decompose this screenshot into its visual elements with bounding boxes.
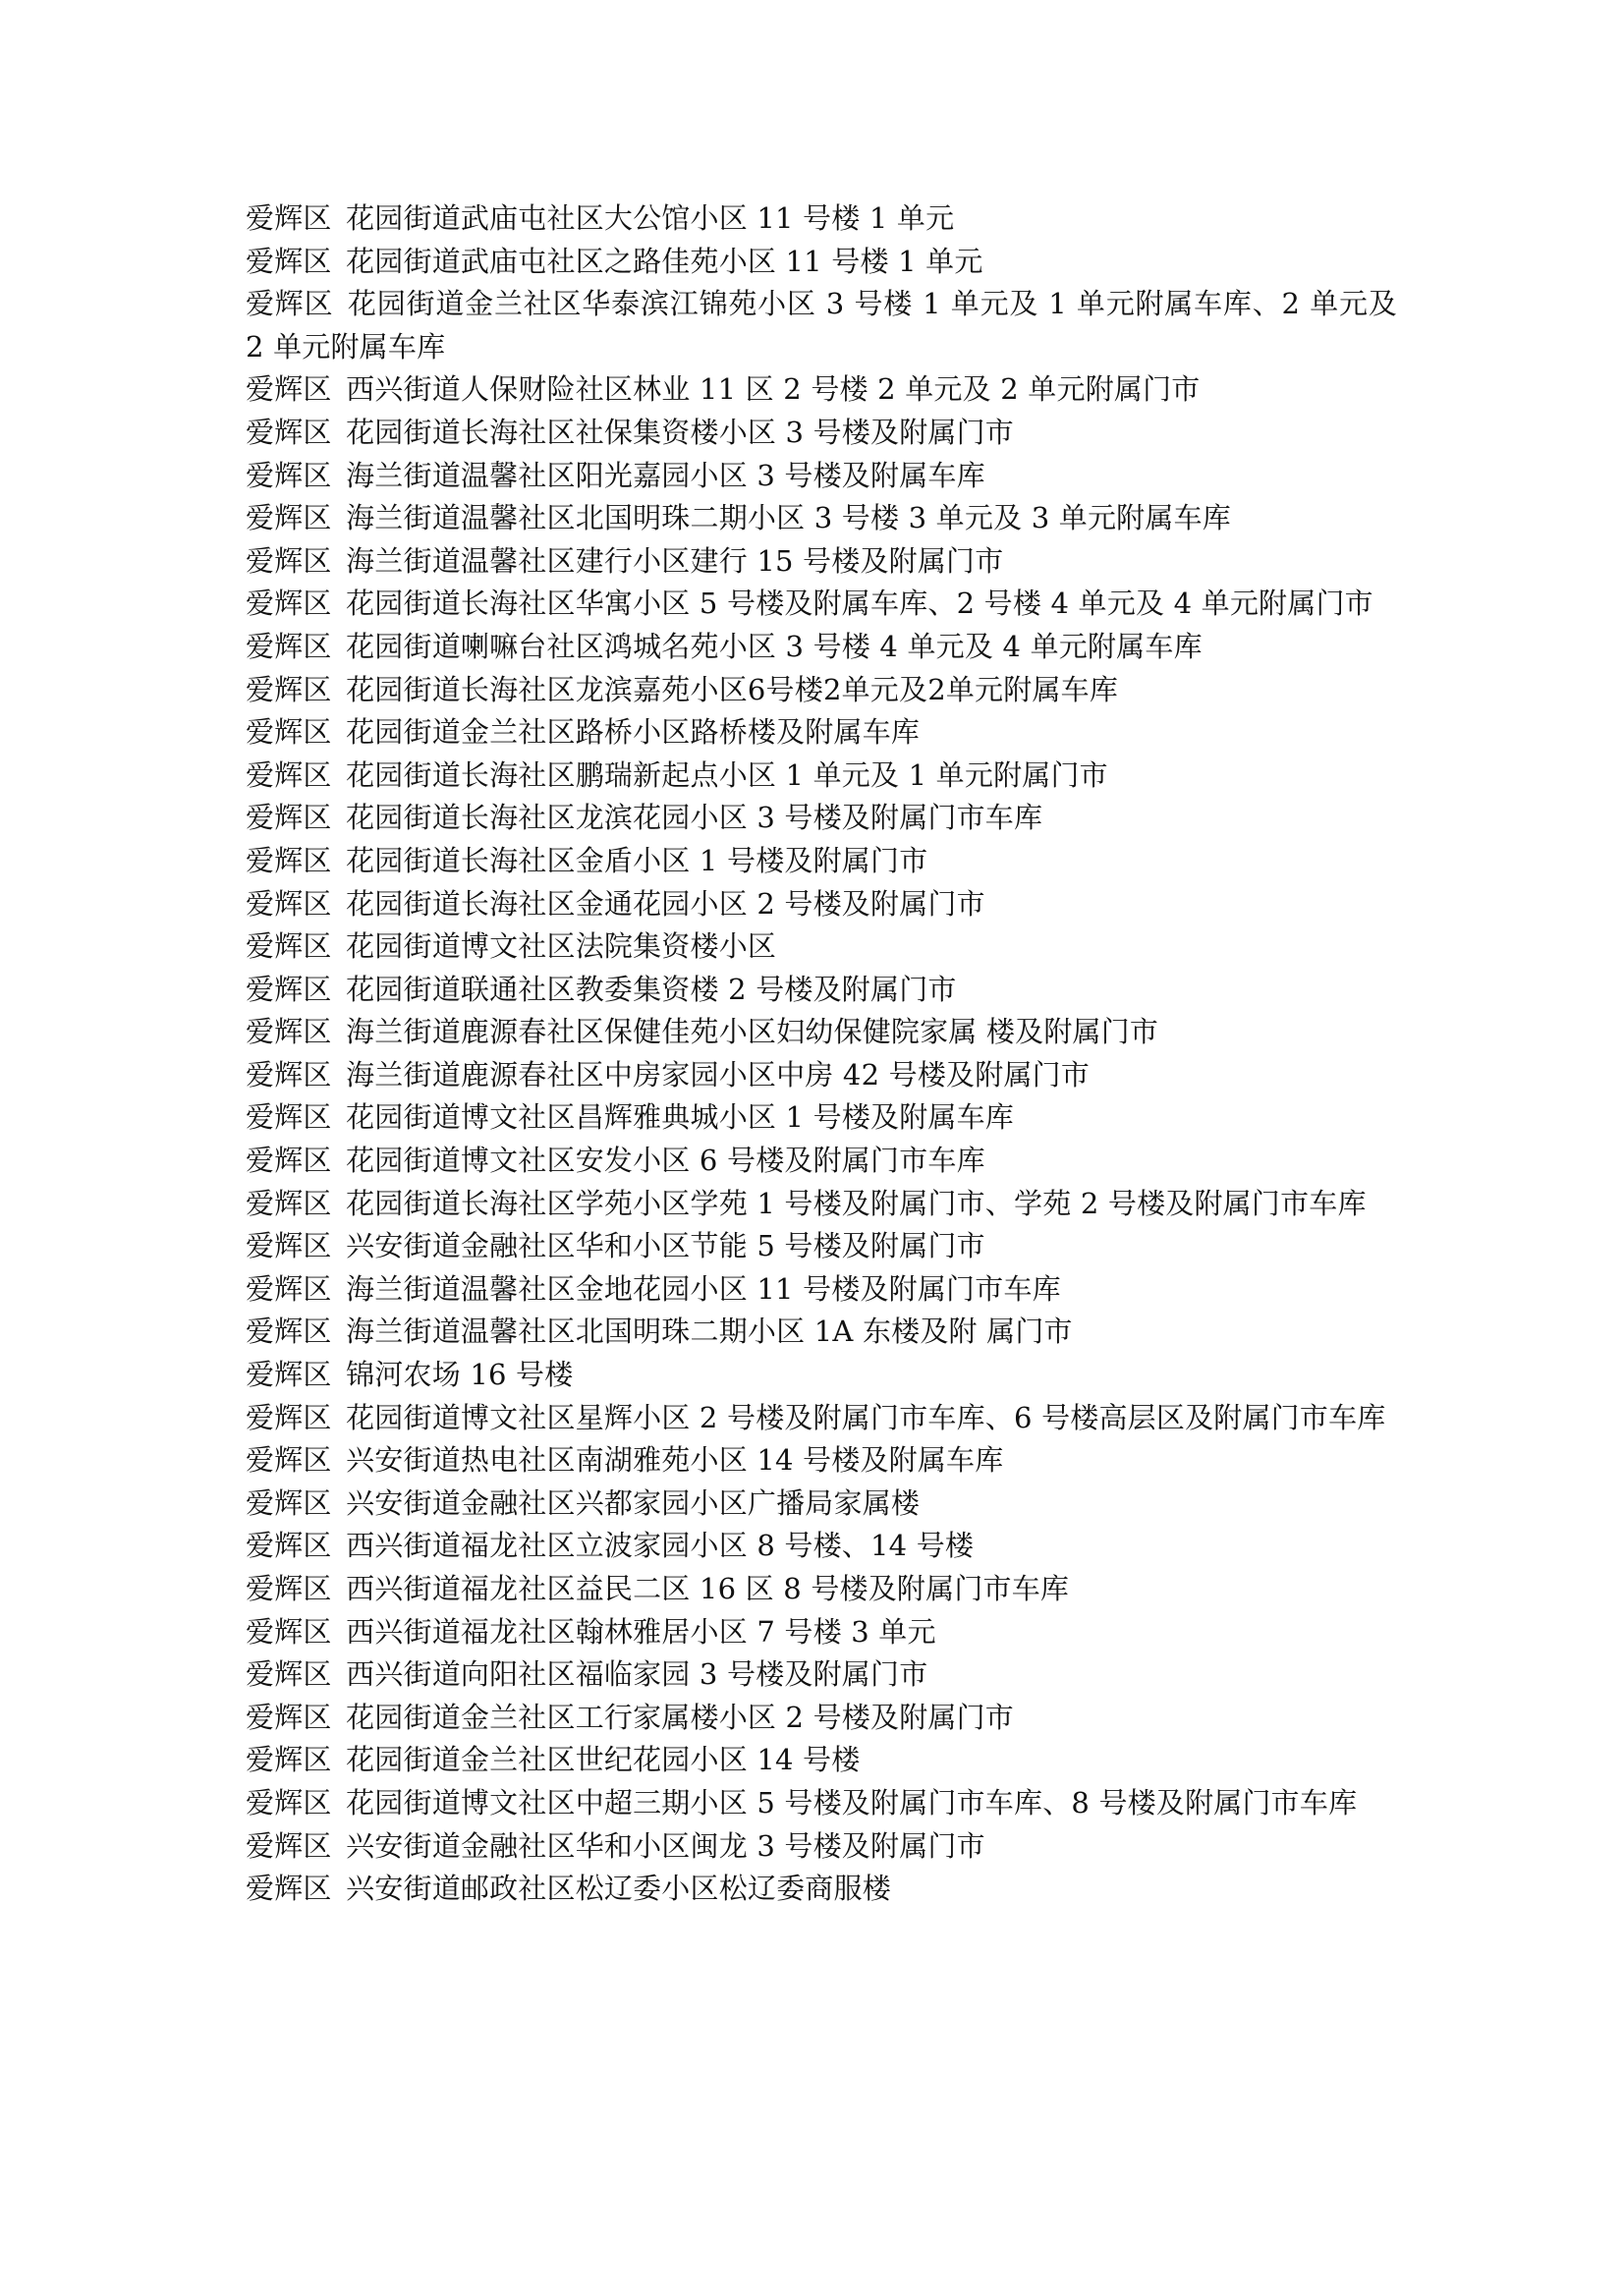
address-text: 海兰街道鹿源春社区保健佳苑小区妇幼保健院家属 楼及附属门市	[346, 1015, 1158, 1048]
district-label: 爱辉区	[246, 1572, 332, 1605]
address-text: 花园街道武庙屯社区大公馆小区 11 号楼 1 单元	[346, 201, 954, 235]
address-text: 兴安街道金融社区华和小区闽龙 3 号楼及附属门市	[346, 1829, 985, 1863]
address-text: 海兰街道温馨社区北国明珠二期小区 3 号楼 3 单元及 3 单元附属车库	[346, 501, 1231, 534]
district-label: 爱辉区	[246, 1187, 332, 1220]
document-page: 爱辉区花园街道武庙屯社区大公馆小区 11 号楼 1 单元爱辉区花园街道武庙屯社区…	[246, 197, 1397, 1911]
address-entry: 爱辉区海兰街道温馨社区阳光嘉园小区 3 号楼及附属车库	[246, 455, 1397, 498]
district-label: 爱辉区	[246, 1743, 332, 1776]
district-label: 爱辉区	[246, 1144, 332, 1177]
address-text: 花园街道博文社区安发小区 6 号楼及附属门市车库	[346, 1144, 985, 1177]
district-label: 爱辉区	[246, 287, 333, 320]
address-entry: 爱辉区海兰街道鹿源春社区中房家园小区中房 42 号楼及附属门市	[246, 1054, 1397, 1097]
address-text: 海兰街道温馨社区建行小区建行 15 号楼及附属门市	[346, 544, 1003, 578]
district-label: 爱辉区	[246, 416, 332, 449]
address-text: 西兴街道福龙社区立波家园小区 8 号楼、14 号楼	[346, 1529, 974, 1562]
district-label: 爱辉区	[246, 673, 332, 706]
address-text: 兴安街道热电社区南湖雅苑小区 14 号楼及附属车库	[346, 1443, 1003, 1477]
address-text: 花园街道博文社区星辉小区 2 号楼及附属门市车库、6 号楼高层区及附属门市车库	[346, 1401, 1385, 1434]
district-label: 爱辉区	[246, 973, 332, 1006]
address-text: 花园街道长海社区华寓小区 5 号楼及附属车库、2 号楼 4 单元及 4 单元附属…	[346, 587, 1373, 620]
address-entry: 爱辉区花园街道喇嘛台社区鸿城名苑小区 3 号楼 4 单元及 4 单元附属车库	[246, 626, 1397, 669]
district-label: 爱辉区	[246, 501, 332, 534]
address-entry: 爱辉区花园街道长海社区金盾小区 1 号楼及附属门市	[246, 840, 1397, 883]
address-text: 花园街道金兰社区华泰滨江锦苑小区 3 号楼 1 单元及 1 单元附属车库、2 单…	[246, 287, 1397, 364]
address-entry: 爱辉区花园街道长海社区社保集资楼小区 3 号楼及附属门市	[246, 412, 1397, 455]
address-entry: 爱辉区兴安街道金融社区华和小区节能 5 号楼及附属门市	[246, 1225, 1397, 1268]
district-label: 爱辉区	[246, 372, 332, 406]
address-text: 花园街道长海社区龙滨嘉苑小区6号楼2单元及2单元附属车库	[346, 673, 1118, 706]
district-label: 爱辉区	[246, 245, 332, 278]
address-text: 西兴街道人保财险社区林业 11 区 2 号楼 2 单元及 2 单元附属门市	[346, 372, 1200, 406]
address-text: 花园街道金兰社区工行家属楼小区 2 号楼及附属门市	[346, 1701, 1014, 1734]
district-label: 爱辉区	[246, 1615, 332, 1649]
address-entry: 爱辉区花园街道长海社区学苑小区学苑 1 号楼及附属门市、学苑 2 号楼及附属门市…	[246, 1183, 1397, 1226]
address-entry: 爱辉区花园街道博文社区昌辉雅典城小区 1 号楼及附属车库	[246, 1096, 1397, 1140]
district-label: 爱辉区	[246, 1058, 332, 1092]
address-text: 兴安街道邮政社区松辽委小区松辽委商服楼	[346, 1872, 891, 1905]
district-label: 爱辉区	[246, 1872, 332, 1905]
address-text: 海兰街道温馨社区北国明珠二期小区 1A 东楼及附 属门市	[346, 1315, 1073, 1348]
address-text: 花园街道博文社区昌辉雅典城小区 1 号楼及附属车库	[346, 1100, 1014, 1134]
address-text: 花园街道武庙屯社区之路佳苑小区 11 号楼 1 单元	[346, 245, 982, 278]
address-entry: 爱辉区西兴街道人保财险社区林业 11 区 2 号楼 2 单元及 2 单元附属门市	[246, 368, 1397, 412]
district-label: 爱辉区	[246, 1358, 332, 1391]
district-label: 爱辉区	[246, 844, 332, 877]
address-text: 花园街道长海社区鹏瑞新起点小区 1 单元及 1 单元附属门市	[346, 758, 1108, 792]
district-label: 爱辉区	[246, 1401, 332, 1434]
address-entry: 爱辉区花园街道博文社区安发小区 6 号楼及附属门市车库	[246, 1140, 1397, 1183]
address-entry: 爱辉区兴安街道邮政社区松辽委小区松辽委商服楼	[246, 1868, 1397, 1911]
district-label: 爱辉区	[246, 544, 332, 578]
address-text: 花园街道金兰社区路桥小区路桥楼及附属车库	[346, 715, 920, 749]
district-label: 爱辉区	[246, 715, 332, 749]
address-text: 兴安街道金融社区华和小区节能 5 号楼及附属门市	[346, 1229, 985, 1262]
district-label: 爱辉区	[246, 1100, 332, 1134]
district-label: 爱辉区	[246, 1272, 332, 1306]
address-entry: 爱辉区花园街道长海社区金通花园小区 2 号楼及附属门市	[246, 883, 1397, 926]
address-text: 西兴街道向阳社区福临家园 3 号楼及附属门市	[346, 1657, 927, 1691]
district-label: 爱辉区	[246, 1229, 332, 1262]
district-label: 爱辉区	[246, 1315, 332, 1348]
district-label: 爱辉区	[246, 1786, 332, 1819]
address-text: 花园街道长海社区社保集资楼小区 3 号楼及附属门市	[346, 416, 1014, 449]
address-text: 花园街道联通社区教委集资楼 2 号楼及附属门市	[346, 973, 957, 1006]
address-text: 花园街道长海社区龙滨花园小区 3 号楼及附属门市车库	[346, 801, 1042, 834]
address-entry: 爱辉区花园街道金兰社区华泰滨江锦苑小区 3 号楼 1 单元及 1 单元附属车库、…	[246, 283, 1397, 368]
address-text: 花园街道博文社区中超三期小区 5 号楼及附属门市车库、8 号楼及附属门市车库	[346, 1786, 1357, 1819]
district-label: 爱辉区	[246, 1015, 332, 1048]
address-entry: 爱辉区花园街道金兰社区世纪花园小区 14 号楼	[246, 1739, 1397, 1782]
address-entry: 爱辉区花园街道长海社区鹏瑞新起点小区 1 单元及 1 单元附属门市	[246, 755, 1397, 798]
address-entry: 爱辉区花园街道博文社区星辉小区 2 号楼及附属门市车库、6 号楼高层区及附属门市…	[246, 1397, 1397, 1440]
address-entry: 爱辉区锦河农场 16 号楼	[246, 1354, 1397, 1397]
address-entry: 爱辉区海兰街道温馨社区北国明珠二期小区 3 号楼 3 单元及 3 单元附属车库	[246, 497, 1397, 540]
district-label: 爱辉区	[246, 929, 332, 963]
district-label: 爱辉区	[246, 1657, 332, 1691]
address-entry: 爱辉区花园街道联通社区教委集资楼 2 号楼及附属门市	[246, 969, 1397, 1012]
address-entry: 爱辉区兴安街道金融社区华和小区闽龙 3 号楼及附属门市	[246, 1825, 1397, 1869]
district-label: 爱辉区	[246, 1443, 332, 1477]
address-entry: 爱辉区花园街道博文社区法院集资楼小区	[246, 925, 1397, 969]
address-entry: 爱辉区西兴街道福龙社区益民二区 16 区 8 号楼及附属门市车库	[246, 1568, 1397, 1611]
address-entry: 爱辉区西兴街道福龙社区翰林雅居小区 7 号楼 3 单元	[246, 1611, 1397, 1654]
district-label: 爱辉区	[246, 1529, 332, 1562]
address-entry: 爱辉区西兴街道向阳社区福临家园 3 号楼及附属门市	[246, 1653, 1397, 1697]
address-entry: 爱辉区花园街道武庙屯社区之路佳苑小区 11 号楼 1 单元	[246, 241, 1397, 284]
address-entry: 爱辉区花园街道武庙屯社区大公馆小区 11 号楼 1 单元	[246, 197, 1397, 241]
address-entry: 爱辉区花园街道金兰社区路桥小区路桥楼及附属车库	[246, 711, 1397, 755]
address-entry: 爱辉区花园街道长海社区华寓小区 5 号楼及附属车库、2 号楼 4 单元及 4 单…	[246, 583, 1397, 626]
district-label: 爱辉区	[246, 459, 332, 492]
address-text: 花园街道喇嘛台社区鸿城名苑小区 3 号楼 4 单元及 4 单元附属车库	[346, 630, 1203, 663]
address-text: 西兴街道福龙社区益民二区 16 区 8 号楼及附属门市车库	[346, 1572, 1069, 1605]
district-label: 爱辉区	[246, 887, 332, 921]
address-text: 海兰街道鹿源春社区中房家园小区中房 42 号楼及附属门市	[346, 1058, 1090, 1092]
district-label: 爱辉区	[246, 201, 332, 235]
address-entry: 爱辉区兴安街道金融社区兴都家园小区广播局家属楼	[246, 1483, 1397, 1526]
address-text: 花园街道长海社区金通花园小区 2 号楼及附属门市	[346, 887, 985, 921]
district-label: 爱辉区	[246, 758, 332, 792]
district-label: 爱辉区	[246, 801, 332, 834]
address-entry: 爱辉区海兰街道温馨社区北国明珠二期小区 1A 东楼及附 属门市	[246, 1311, 1397, 1354]
address-text: 海兰街道温馨社区阳光嘉园小区 3 号楼及附属车库	[346, 459, 985, 492]
address-entry: 爱辉区海兰街道温馨社区建行小区建行 15 号楼及附属门市	[246, 540, 1397, 584]
address-entry: 爱辉区花园街道长海社区龙滨花园小区 3 号楼及附属门市车库	[246, 797, 1397, 840]
address-entry: 爱辉区花园街道长海社区龙滨嘉苑小区6号楼2单元及2单元附属车库	[246, 669, 1397, 712]
address-entry: 爱辉区兴安街道热电社区南湖雅苑小区 14 号楼及附属车库	[246, 1439, 1397, 1483]
address-text: 锦河农场 16 号楼	[346, 1358, 573, 1391]
address-entry: 爱辉区海兰街道温馨社区金地花园小区 11 号楼及附属门市车库	[246, 1268, 1397, 1312]
address-text: 花园街道博文社区法院集资楼小区	[346, 929, 776, 963]
district-label: 爱辉区	[246, 1701, 332, 1734]
address-text: 海兰街道温馨社区金地花园小区 11 号楼及附属门市车库	[346, 1272, 1061, 1306]
address-text: 花园街道金兰社区世纪花园小区 14 号楼	[346, 1743, 860, 1776]
address-text: 花园街道长海社区金盾小区 1 号楼及附属门市	[346, 844, 927, 877]
district-label: 爱辉区	[246, 630, 332, 663]
district-label: 爱辉区	[246, 1486, 332, 1520]
district-label: 爱辉区	[246, 1829, 332, 1863]
address-text: 西兴街道福龙社区翰林雅居小区 7 号楼 3 单元	[346, 1615, 936, 1649]
address-entry: 爱辉区花园街道博文社区中超三期小区 5 号楼及附属门市车库、8 号楼及附属门市车…	[246, 1782, 1397, 1825]
address-entry: 爱辉区西兴街道福龙社区立波家园小区 8 号楼、14 号楼	[246, 1525, 1397, 1568]
district-label: 爱辉区	[246, 587, 332, 620]
address-entry: 爱辉区花园街道金兰社区工行家属楼小区 2 号楼及附属门市	[246, 1697, 1397, 1740]
address-entry: 爱辉区海兰街道鹿源春社区保健佳苑小区妇幼保健院家属 楼及附属门市	[246, 1011, 1397, 1054]
address-text: 花园街道长海社区学苑小区学苑 1 号楼及附属门市、学苑 2 号楼及附属门市车库	[346, 1187, 1367, 1220]
address-text: 兴安街道金融社区兴都家园小区广播局家属楼	[346, 1486, 920, 1520]
